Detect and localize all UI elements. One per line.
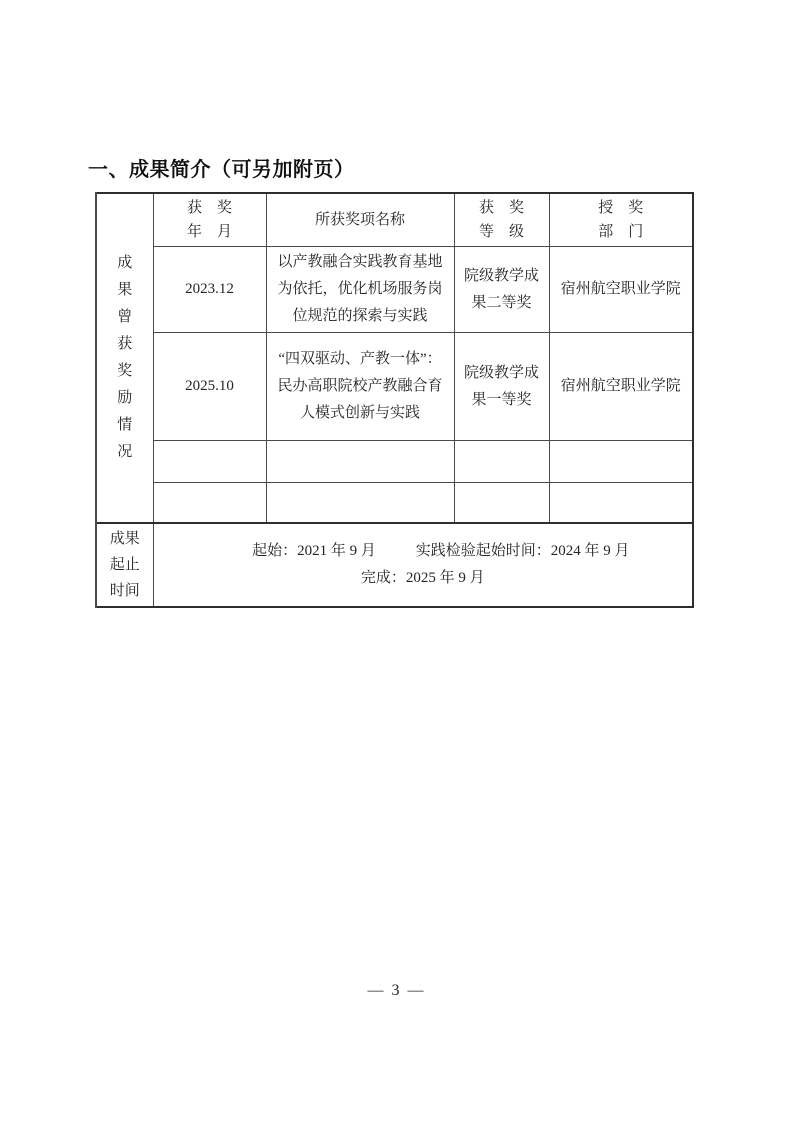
column-header-award-date: 获 奖 年 月 [153, 193, 266, 247]
award-row-1: 2023.12 以产教融合实践教育基地为依托，优化机场服务岗位规范的探索与实践 … [96, 247, 693, 333]
award-2-date-cell: 2025.10 [153, 333, 266, 441]
awards-section-label-cell: 成果曾获奖励情况 [96, 193, 153, 523]
award-4-name-cell [266, 483, 454, 523]
award-3-name-cell [266, 441, 454, 483]
column-header-award-date-line1: 获 奖 [160, 196, 260, 220]
column-header-award-level: 获 奖 等 级 [454, 193, 549, 247]
page-number: — 3 — [0, 982, 793, 1000]
award-row-3-empty [96, 441, 693, 483]
award-2-level-cell: 院级教学成果一等奖 [454, 333, 549, 441]
column-header-award-name: 所获奖项名称 [266, 193, 454, 247]
awards-section-label: 成果曾获奖励情况 [117, 250, 134, 466]
award-1-dept-cell: 宿州航空职业学院 [549, 247, 693, 333]
awards-header-row: 成果曾获奖励情况 获 奖 年 月 所获奖项名称 获 奖 等 级 授 奖 部 门 [96, 193, 693, 247]
award-4-level-cell [454, 483, 549, 523]
award-3-level-cell [454, 441, 549, 483]
duration-content-cell: 起始：2021 年 9 月 实践检验起始时间：2024 年 9 月 完成：202… [153, 523, 693, 607]
document-page: 一、成果简介（可另加附页） 成果曾获奖励情况 获 奖 年 月 所获奖项名称 获 … [0, 0, 793, 1122]
awards-table: 成果曾获奖励情况 获 奖 年 月 所获奖项名称 获 奖 等 级 授 奖 部 门 … [95, 192, 694, 608]
duration-line-1: 起始：2021 年 9 月 实践检验起始时间：2024 年 9 月 [160, 538, 687, 565]
award-1-level-cell: 院级教学成果二等奖 [454, 247, 549, 333]
section-title: 一、成果简介（可另加附页） [88, 153, 355, 182]
column-header-award-level-line1: 获 奖 [461, 196, 543, 220]
award-row-2: 2025.10 “四双驱动、产教一体”：民办高职院校产教融合育人模式创新与实践 … [96, 333, 693, 441]
column-header-award-dept: 授 奖 部 门 [549, 193, 693, 247]
column-header-award-dept-line2: 部 门 [556, 220, 687, 244]
column-header-award-dept-line1: 授 奖 [556, 196, 687, 220]
column-header-award-level-line2: 等 级 [461, 220, 543, 244]
duration-line-2: 完成：2025 年 9 月 [160, 565, 687, 592]
award-4-date-cell [153, 483, 266, 523]
duration-start-date: 起始：2021 年 9 月 [216, 538, 412, 565]
duration-finish-date: 完成：2025 年 9 月 [361, 570, 485, 586]
duration-label: 成果起止时间 [108, 526, 141, 604]
duration-row: 成果起止时间 起始：2021 年 9 月 实践检验起始时间：2024 年 9 月… [96, 523, 693, 607]
duration-label-cell: 成果起止时间 [96, 523, 153, 607]
award-1-name-cell: 以产教融合实践教育基地为依托，优化机场服务岗位规范的探索与实践 [266, 247, 454, 333]
award-4-dept-cell [549, 483, 693, 523]
award-2-dept-cell: 宿州航空职业学院 [549, 333, 693, 441]
column-header-award-date-line2: 年 月 [160, 220, 260, 244]
award-2-name-cell: “四双驱动、产教一体”：民办高职院校产教融合育人模式创新与实践 [266, 333, 454, 441]
duration-practice-start: 实践检验起始时间：2024 年 9 月 [416, 543, 630, 559]
award-3-dept-cell [549, 441, 693, 483]
award-1-date-cell: 2023.12 [153, 247, 266, 333]
award-3-date-cell [153, 441, 266, 483]
award-row-4-empty [96, 483, 693, 523]
